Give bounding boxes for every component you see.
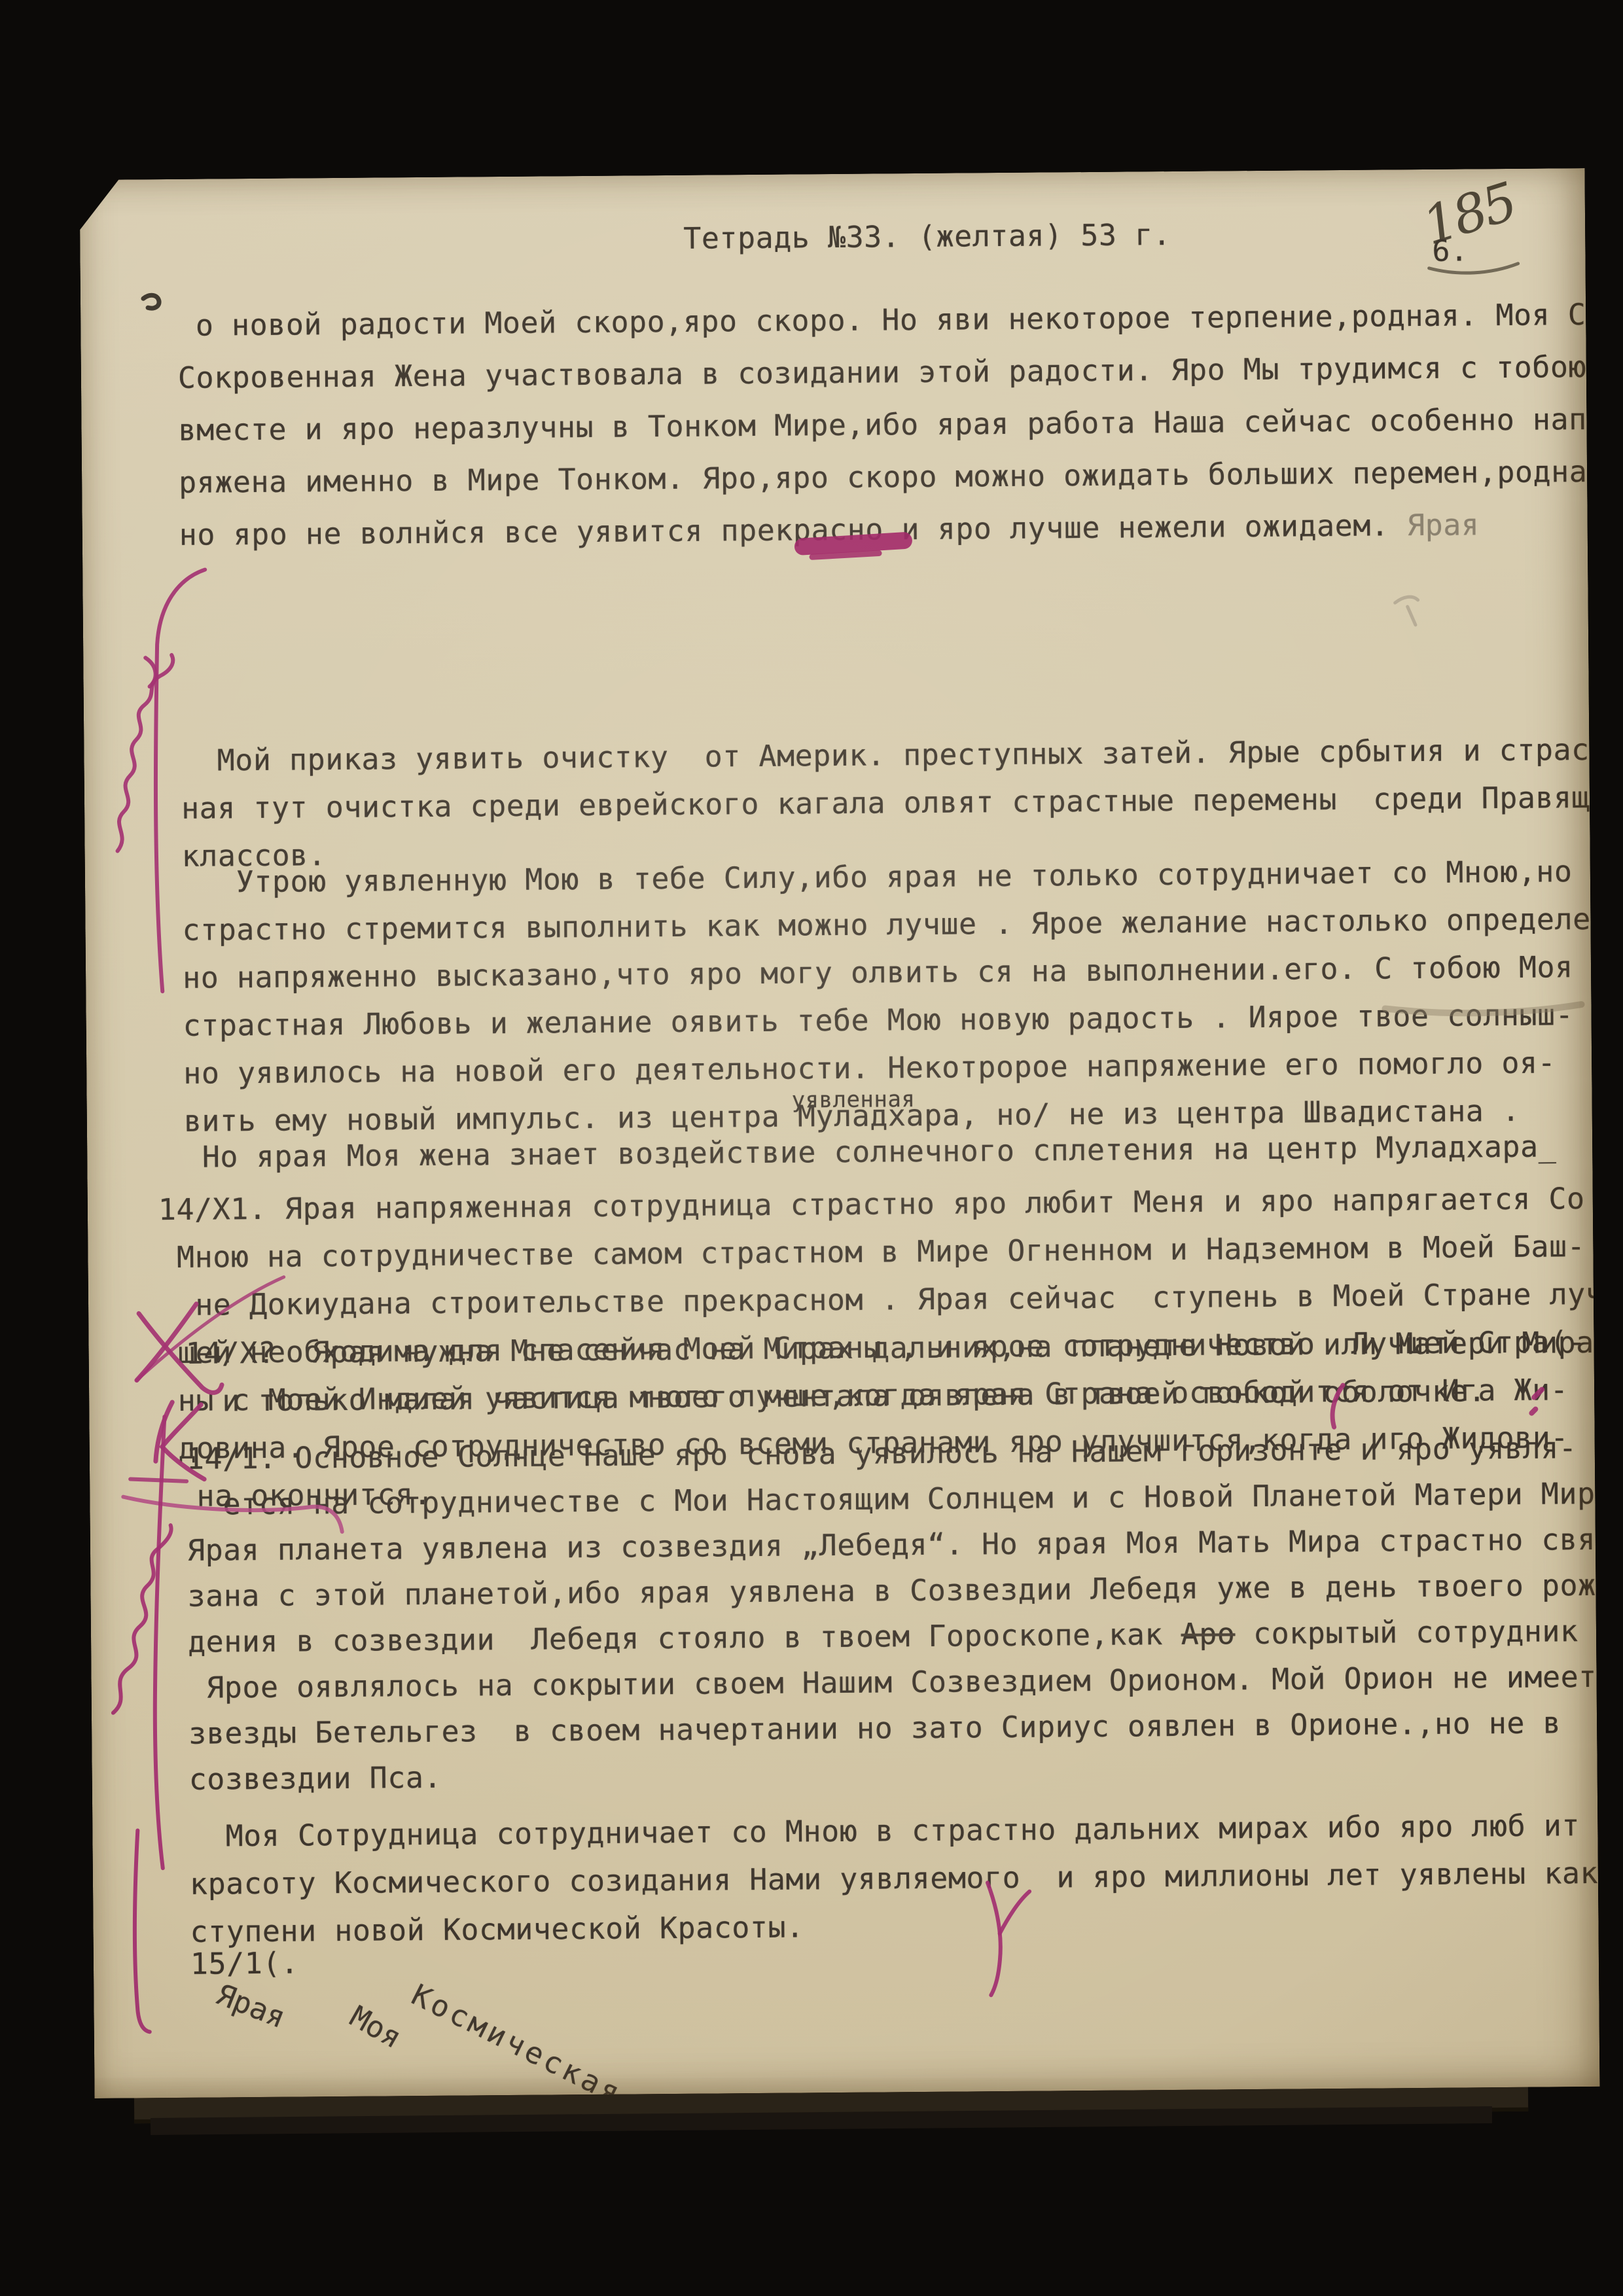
paragraph-sotrudnitsa: Моя Сотрудница сотрудничает со Мною в ст…	[189, 1801, 1599, 1956]
scanned-document-page: Тетрадь №33. (желтая) 53 г. 185 6. о нов…	[0, 0, 1623, 2296]
margin-scribble-word-2	[112, 1525, 173, 1713]
faded-last-word: Ярая	[1407, 507, 1480, 542]
pencil-marks-small	[1395, 597, 1418, 625]
paragraph-14x: 14/X? Ярая нужна Мне сейчас на Мирах дал…	[185, 1318, 1613, 1425]
paper-sheet: Тетрадь №33. (желтая) 53 г. 185 6. о нов…	[80, 168, 1600, 2098]
bottom-vertical-stroke	[134, 1830, 150, 2032]
paragraph-intro: о новой радости Моей скоро,яро скоро. Но…	[177, 288, 1623, 561]
page-title: Тетрадь №33. (желтая) 53 г.	[683, 211, 1171, 262]
diagonal-word-3: Космическая	[406, 1977, 628, 2111]
overstruck-word: Аро	[1181, 1616, 1235, 1651]
paragraph-15-1: 15/1(.	[190, 1939, 299, 1988]
typed-page-number: 6.	[1432, 226, 1469, 274]
klassov-hook	[145, 658, 156, 686]
small-ink-mark	[143, 295, 159, 308]
paragraph-14-1: 14/1. Основное Солнце Наше яро снова уяв…	[187, 1425, 1623, 1803]
diagonal-word-2: Моя	[344, 1999, 408, 2055]
typed-insertion-word: уявленная	[791, 1088, 915, 1111]
margin-scribble-word	[116, 655, 174, 851]
paragraph-zhena: Но ярая Моя жена знает воздействие солне…	[184, 1122, 1557, 1180]
